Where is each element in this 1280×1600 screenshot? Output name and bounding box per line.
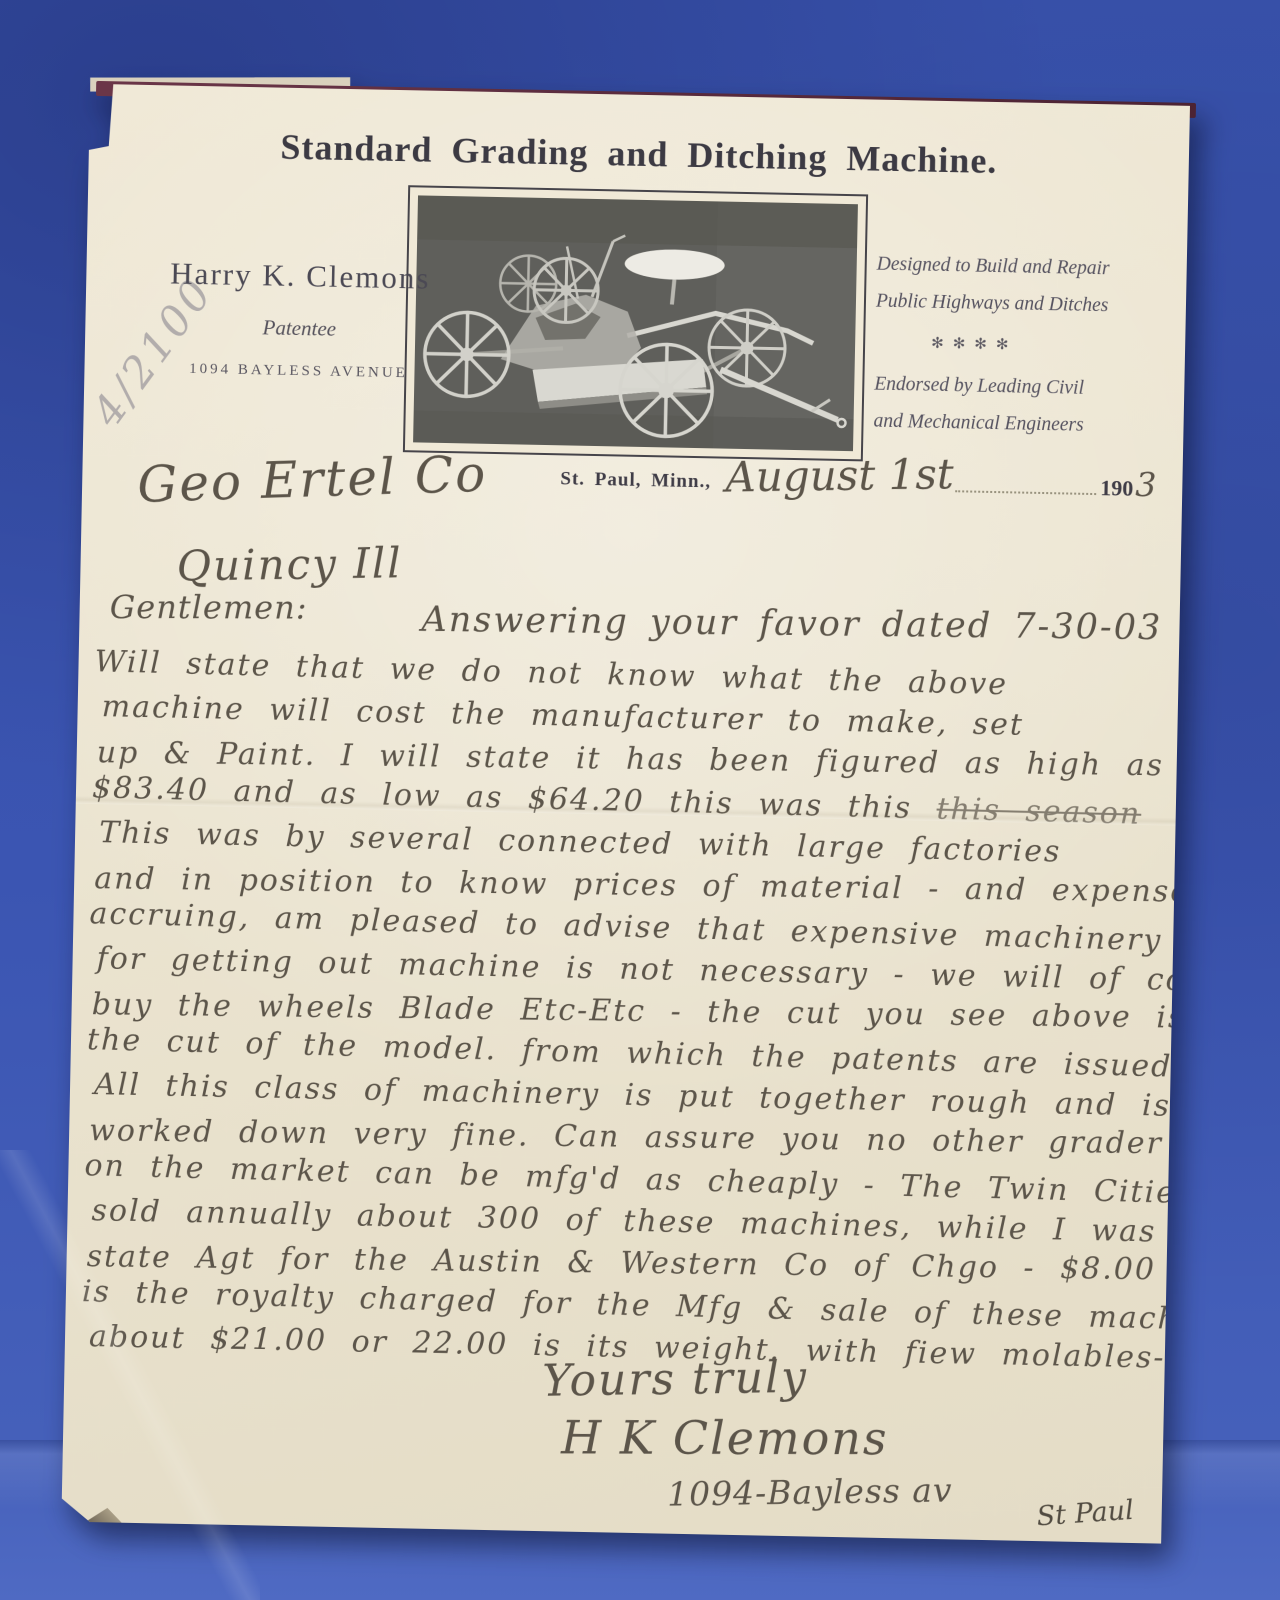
dateline-place: St. Paul, Minn., — [560, 468, 711, 493]
signature: H K Clemons — [561, 1410, 889, 1465]
proprietor-block: Harry K. Clemons Patentee 1094 BAYLESS A… — [102, 254, 496, 384]
proprietor-role: Patentee — [103, 312, 495, 345]
endorsement-line: Public Highways and Ditches — [876, 283, 1167, 326]
endorsement-line: Designed to Build and Repair — [876, 246, 1167, 289]
endorsement-line: Endorsed by Leading Civil — [874, 366, 1165, 409]
dateline-dotted-rule — [955, 490, 1096, 495]
opening-line: Answering your favor dated 7-30-03 — [421, 600, 1162, 648]
addressee-city: Quincy Ill — [176, 538, 403, 590]
letter-body: Will state that we do not know what the … — [81, 644, 1165, 1379]
endorsement-block: Designed to Build and Repair Public High… — [873, 246, 1167, 446]
valediction: Yours truly — [542, 1352, 808, 1407]
struck-out-text: this season — [936, 792, 1142, 832]
letter-sheet: 4/2100 Standard Grading and Ditching Mac… — [61, 84, 1190, 1544]
signature-address: 1094-Bayless av — [667, 1470, 953, 1513]
dateline: St. Paul, Minn., August 1st 190 3 — [560, 453, 1157, 504]
letter-sheet-wrapper: 4/2100 Standard Grading and Ditching Mac… — [61, 84, 1190, 1544]
salutation: Gentlemen: — [110, 588, 308, 627]
dateline-printed-year: 190 — [1100, 475, 1134, 502]
addressee-company: Geo Ertel Co — [136, 445, 488, 514]
letterhead-title: Standard Grading and Ditching Machine. — [89, 122, 1190, 186]
signature-place: St Paul — [1036, 1495, 1135, 1532]
dateline-handwritten-year: 3 — [1135, 465, 1157, 504]
dateline-handwritten-date: August 1st — [725, 457, 954, 494]
proprietor-name: Harry K. Clemons — [104, 254, 497, 298]
endorsement-line: and Mechanical Engineers — [873, 403, 1164, 446]
asterisk-ornament: ✻✻✻✻ — [931, 329, 1166, 364]
corner-fold — [85, 1498, 121, 1523]
blue-cloth-backdrop: 4/2100 Standard Grading and Ditching Mac… — [0, 0, 1280, 1600]
